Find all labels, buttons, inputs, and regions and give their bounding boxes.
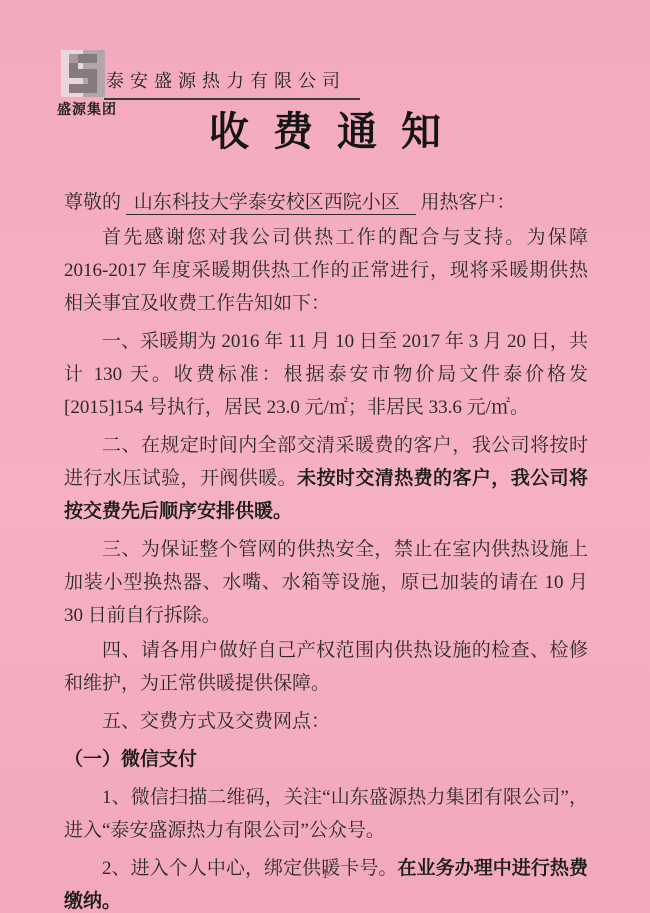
notice-body: 尊敬的 山东科技大学泰安校区西院小区 用热客户： 首先感谢您对我公司供热工作的配… — [64, 186, 588, 913]
salutation-suffix: 用热客户： — [421, 192, 516, 213]
wechat-payment-heading: （一）微信支付 — [64, 743, 588, 776]
customer-name-underlined: 山东科技大学泰安校区西院小区 — [126, 192, 416, 215]
company-name: 泰安盛源热力有限公司 — [104, 67, 360, 100]
salutation-line: 尊敬的 山东科技大学泰安校区西院小区 用热客户： — [64, 186, 588, 219]
clause-3-equipment-ban: 三、为保证整个管网的供热安全，禁止在室内供热设施上加装小型换热器、水嘴、水箱等设… — [64, 533, 588, 632]
wechat-step-1: 1、微信扫描二维码，关注“山东盛源热力集团有限公司”，进入“泰安盛源热力有限公司… — [64, 781, 588, 847]
clause-4-maintenance: 四、请各用户做好自己产权范围内供热设施的检查、检修和维护，为正常供暖提供保障。 — [64, 634, 588, 700]
clause-2-payment-deadline: 二、在规定时间内全部交清采暖费的客户，我公司将按时进行水压试验，开阀供暖。未按时… — [64, 429, 588, 528]
clause-5-payment-methods: 五、交费方式及交费网点： — [64, 705, 588, 738]
salutation-prefix: 尊敬的 — [64, 192, 121, 213]
document-title: 收费通知 — [0, 100, 650, 157]
intro-paragraph: 首先感谢您对我公司供热工作的配合与支持。为保障 2016-2017 年度采暖期供… — [64, 221, 588, 320]
shengyuan-group-logo-icon — [61, 50, 105, 97]
page-number: 1 — [0, 867, 650, 883]
fee-notice-document: 盛源集团 泰安盛源热力有限公司 收费通知 尊敬的 山东科技大学泰安校区西院小区 … — [0, 0, 650, 913]
clause-1-heating-period: 一、采暖期为 2016 年 11 月 10 日至 2017 年 3 月 20 日… — [64, 325, 588, 424]
